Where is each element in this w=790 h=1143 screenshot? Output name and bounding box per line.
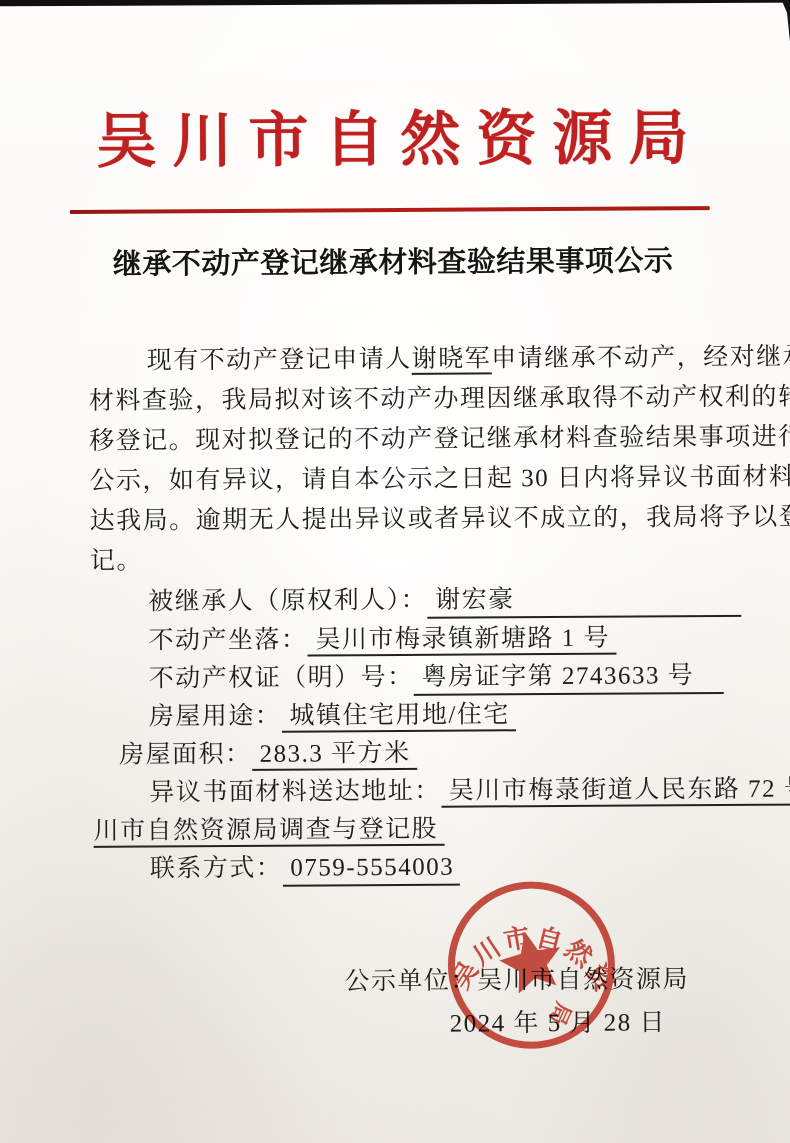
field-value: 283.3 平方米 [252,740,417,771]
body-line-1: 现有不动产登记申请人谢晓军申请继承不动产，经对继承 [89,343,787,377]
document-page: 吴川市自然资源局 继承不动产登记继承材料查验结果事项公示 现有不动产登记申请人谢… [0,0,790,1143]
field-row: 被继承人（原权利人）：谢宏豪 [148,584,788,621]
field-row: 不动产坐落：吴川市梅录镇新塘路 1 号 [148,623,788,657]
field-label: 异议书面材料送达地址： [149,778,441,807]
field-value: 吴川市梅菉街道人民东路 72 号吴 [441,775,790,807]
field-label: 房屋用途： [149,703,282,731]
field-value: 谢宏豪 [427,584,741,619]
field-label: 不动产坐落： [148,627,307,655]
field-row: 异议书面材料送达地址：吴川市梅菉街道人民东路 72 号吴 [149,775,789,809]
field-value: 川市自然资源局调查与登记股 [93,816,444,848]
field-row: 不动产权证（明）号：粤房证字第 2743633 号 [149,661,789,698]
field-row: 房屋面积：283.3 平方米 [119,737,759,771]
body-line-5: 达我局。逾期无人提出异议或者异议不成立的，我局将予以登 [90,503,730,537]
notice-title: 继承不动产登记继承材料查验结果事项公示 [0,238,788,284]
letterhead-divider [70,206,710,214]
field-row: 房屋用途：城镇住宅用地/住宅 [149,699,789,733]
field-value: 粤房证字第 2743633 号 [414,661,724,696]
applicant-name: 谢晓军 [412,345,492,374]
field-label: 被继承人（原权利人）： [148,587,427,616]
body-text: 申请继承不动产，经对继承 [491,343,790,372]
body-line-2: 材料查验，我局拟对该不动产办理因继承取得不动产权利的转 [89,383,729,417]
field-value: 0759-5554003 [282,853,460,887]
field-label: 房屋面积： [119,741,252,769]
field-value: 吴川市梅录镇新塘路 1 号 [307,625,616,657]
field-row-continuation: 川市自然资源局调查与登记股 [93,813,733,847]
notice-document: 吴川市自然资源局 继承不动产登记继承材料查验结果事项公示 现有不动产登记申请人谢… [0,0,790,1143]
field-value: 城镇住宅用地/住宅 [281,701,516,732]
field-label: 联系方式： [150,855,283,883]
agency-letterhead: 吴川市自然资源局 [0,90,788,181]
official-stamp: 吴川市自然资源 局 [443,877,620,1054]
field-label: 不动产权证（明）号： [149,664,414,693]
body-line-6: 记。 [90,543,730,577]
body-text: 现有不动产登记申请人 [147,346,412,375]
stamp-bottom-char: 局 [544,998,576,1028]
body-line-3: 移登记。现对拟登记的不动产登记继承材料查验结果事项进行 [89,423,729,457]
body-line-4: 公示，如有异议，请自本公示之日起 30 日内将异议书面材料送 [89,463,729,497]
